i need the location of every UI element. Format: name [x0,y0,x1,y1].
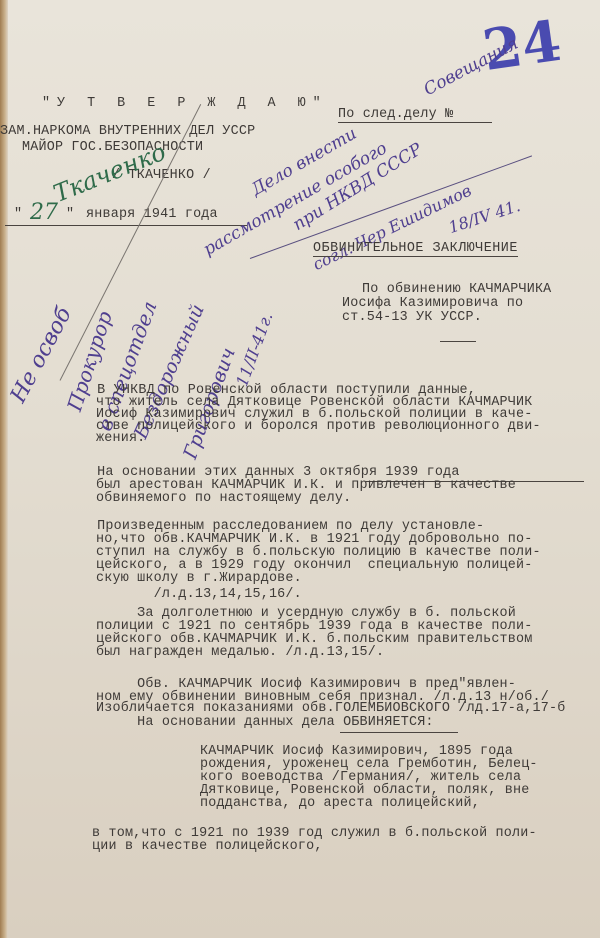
date-rest: января 1941 года [86,208,218,222]
charge-line: ции в качестве полицейского, [92,840,323,854]
p3-line: /л.д.13,14,15,16/. [96,588,302,602]
date-close-quote: " [66,208,74,222]
document-title: ОБВИНИТЕЛЬНОЕ ЗАКЛЮЧЕНИЕ [313,242,518,257]
approval-title-line1: ЗАМ.НАРКОМА ВНУТРЕННИХ ДЕЛ УССР [0,125,255,139]
case-reference: По след.делу № [338,108,492,123]
p1-line: жения. [96,432,145,446]
subject-line3: ст.54-13 УК УССР. [342,311,482,325]
subject-divider [440,341,476,342]
p3-line: скую школу в г.Жирардове. [96,572,302,586]
date-open-quote: " [14,208,22,222]
p4-line: был награжден медалью. /л.д.13,15/. [96,646,384,660]
p5-line: На основании данных дела ОБВИНЯЕТСЯ: [96,716,434,730]
subject-line2: Иосифа Казимировича по [342,297,523,311]
date-day-handwritten: 27 [30,200,58,225]
charged-underline [340,732,458,733]
subject-line1: По обвинению КАЧМАРЧИКА [362,283,551,297]
p1-line: стве полицейского и боролся против револ… [96,420,541,434]
approval-header: "У Т В Е Р Ж Д А Ю" [42,97,328,111]
date-underline [5,225,247,226]
p2-line: обвиняемого по настоящему делу. [96,492,351,506]
p5-line: Изобличается показаниями обв.ГОЛЕМБИОВСК… [96,702,565,716]
binding-edge [0,0,8,938]
accused-line: подданства, до ареста полицейский, [200,797,480,811]
